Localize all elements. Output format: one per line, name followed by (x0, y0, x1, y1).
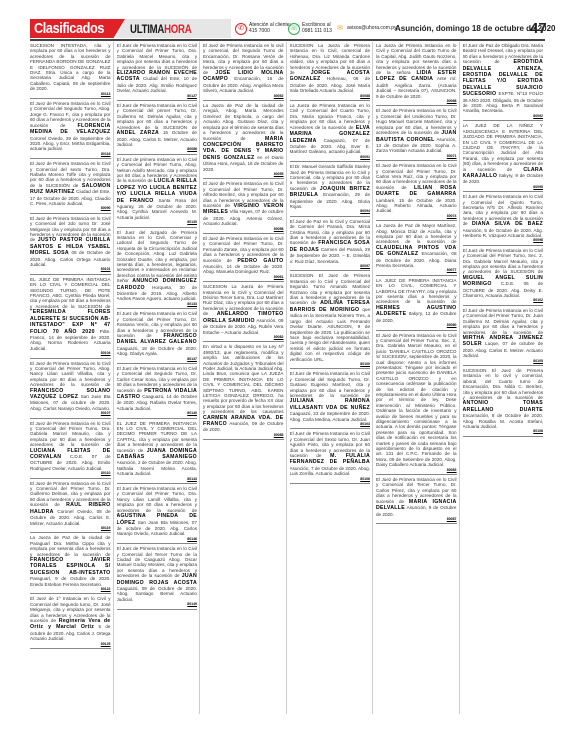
notice-code: 80097 (290, 264, 371, 269)
page-number: 47 (530, 20, 547, 37)
notice-code: 80101 (30, 267, 111, 272)
notice-code: 80055 (203, 172, 284, 177)
notice-text: La Jueza de Paz de la ciudad de Paraguar… (30, 535, 111, 556)
notice-code: 80080 (376, 323, 457, 328)
legal-notice: SUCESION El Juez de Primera Instancia en… (290, 272, 371, 369)
notice-signature: Caaguazú, 23 de Septiembre de 2020. Abog… (290, 411, 371, 421)
notice-code: 80149 (117, 602, 198, 607)
legal-notice: El Juez de Primera Instancia en lo Civil… (30, 100, 111, 159)
column-4: SUCESION La Jueza de Primera Instancia e… (290, 42, 374, 714)
legal-notice: El Juez de Primera Instancia en lo Civil… (463, 307, 544, 366)
legal-notice: El Juez de Primera Instancia en lo Civil… (376, 107, 457, 161)
legal-notice: El Juez de 1º Instancia en lo Civil y Co… (30, 595, 111, 649)
logo-part-hora: HORA (164, 22, 191, 36)
notice-code: 80086 (117, 147, 198, 152)
legal-notice: El Juez de Primera Instancia en lo Civil… (463, 247, 544, 306)
legal-notice: El Juez de Primera Instancia en lo civil… (203, 42, 284, 101)
page-header: Clasificados ULTIMAHORA ✆ Atención al cl… (30, 19, 580, 38)
legal-notice: LA JUEZ DE PRIMERA INSTANCIA EN LO CIVIL… (376, 277, 457, 331)
notice-signature: Asunción, 14 de Octubre de 2020. Abog. M… (203, 264, 284, 274)
deceased-name: ANTONIO TOMAS ARELLANO DUARTE (463, 400, 544, 412)
legal-notice: El Juez de Primera Instancia en lo Civil… (117, 545, 198, 609)
notice-signature: Encarnación, 8 de Octubre de 2020. Abog.… (463, 413, 544, 429)
notice-code: 80125 (30, 642, 111, 647)
notice-code: 80100 (290, 362, 371, 367)
notice-code: 80087 (376, 517, 457, 522)
notice-text: El Juez de Primera Instancia en lo Civil… (463, 308, 544, 335)
deceased-name: ANDEL ZARZA (117, 130, 160, 136)
mail-icon: ✉ (335, 24, 345, 34)
notice-code: 80061 (203, 275, 284, 280)
legal-notice: El Juez de Primera Instancia en lo Civil… (30, 215, 111, 275)
notice-signature: Coronel Oviedo, 29 de Septiembre de 2020… (30, 136, 111, 152)
notice-code: 80085 (203, 433, 284, 438)
legal-notice: SUCESION La Jueza de Primera Instancia e… (290, 42, 371, 101)
header-rule (30, 39, 545, 41)
notice-code: 80094 (290, 209, 371, 214)
phone-icon: ✆ (235, 23, 247, 35)
notice-code: 80137 (117, 357, 198, 362)
contact-value: 415 7000 (249, 28, 270, 34)
legal-notice: El Juez de Primera Instancia en lo Civil… (290, 430, 371, 484)
legal-notice: El Juez de Primera Instancia en lo Civil… (290, 370, 371, 429)
deceased-name: "ERESMILDA FLORES ALDERETE S/ SUCESIÓN A… (30, 309, 111, 334)
deceased-name: PEDRO GAUTO (237, 258, 283, 264)
legal-notice: SUCESION INTESTADA, cita y emplaza por 6… (30, 42, 111, 99)
notice-code: 80091 (290, 155, 371, 160)
section-banner: Clasificados (30, 19, 125, 38)
notice-code: 80088 (290, 94, 371, 99)
notice-code: 80107 (30, 411, 111, 416)
notice-code: 80052 (203, 94, 284, 99)
notice-signature: Caaguazú, 18 de Octubre de 2020. Abog. G… (117, 346, 198, 356)
notice-signature: Asunción, 5 de Octubre de 2020. Abg. Her… (463, 228, 544, 238)
legal-notice: El Juez de Primera Instancia en lo Civil… (376, 162, 457, 221)
legal-notice: El Juez de Primera Instancia en lo Civil… (203, 235, 284, 282)
notice-code: 80103 (290, 422, 371, 427)
notice-code: 80110 (30, 471, 111, 476)
newspaper-logo: ULTIMAHORA (130, 22, 191, 36)
legal-notice: El Juez de Paz de Obligado Dra. María Be… (463, 42, 544, 121)
notice-text: LA JUEZ DE LA NIÑEZ Y ADOLESCENCIA E INT… (463, 123, 544, 171)
column-2: El Juez de Primera Instancia en lo Civil… (117, 42, 201, 714)
notice-text: LA JUEZ DE PRIMERA INSTANCIA EN LO CIVIL… (376, 278, 457, 305)
section-title: Clasificados (34, 20, 104, 37)
contact-email: ✉ avisos@uhora.com.py (335, 21, 397, 36)
legal-notice: El Juez de Paz en lo Civil y Comercial d… (290, 218, 371, 272)
legal-notice: La Jueza de Paz de la ciudad de Paraguar… (30, 534, 111, 594)
legal-notice: La Jueza de Primera Instancia en lo Civi… (376, 42, 457, 106)
notice-text: SUCESION El Juez de Primera Instancia en… (463, 368, 544, 400)
logo-part-ultima: ULTIMA (130, 22, 164, 36)
legal-notice: El Dr. Manuel Gerardo Saffirdin Stanley … (290, 163, 371, 217)
notice-code: 80071 (376, 154, 457, 159)
contact-value: avisos@uhora.com.py (347, 26, 397, 32)
legal-notice: La Jueza de Paz de la ciudad de Areguá, … (203, 102, 284, 179)
notice-signature: Paraguarí, 9 de Octubre de 2020. Eriedo … (30, 576, 111, 586)
legal-notice: El Juez de Primera Instancia en lo Civil… (376, 476, 457, 524)
notice-code: 80140 (117, 411, 198, 416)
notice-text: El Juez del Juzgado de Primera Instancia… (117, 230, 198, 284)
notice-text: El Juez de Primera Instancia en lo Civil… (290, 371, 371, 398)
legal-notice: El Juez de Primera Instancia en lo Civil… (376, 332, 457, 476)
whatsapp-icon: ☏ (288, 23, 300, 35)
legal-notice: El Juez de Primera Instancia en lo Civil… (117, 42, 198, 101)
notice-code: 80104 (30, 351, 111, 356)
notice-code: 80108 (463, 429, 544, 434)
classifieds-columns: SUCESION INTESTADA, cita y emplaza por 6… (30, 42, 545, 714)
deceased-name: JULIANA RAMONA VILLASANTI VDA DE NUÑEZ (290, 398, 371, 410)
notice-text: El Juez de Primera Instancia en lo Civil… (117, 43, 198, 70)
contact-whatsapp: ☏ Escríbinos al0981 111 013 (288, 21, 332, 36)
notice-code: 80095 (463, 185, 544, 190)
column-6: El Juez de Paz de Obligado Dra. María Be… (463, 42, 546, 714)
notice-code: 80105 (463, 359, 544, 364)
notice-code: 80130 (117, 220, 198, 225)
legal-notice: El Juez de Primera Instancia en lo Civil… (463, 193, 544, 246)
legal-notice: El Juez de Primera Instancia en lo Civil… (30, 160, 111, 214)
notice-code: 80119 (30, 526, 111, 531)
legal-notice: La Jueza de Paz de Mayor Martínez, Abog.… (376, 222, 457, 276)
legal-notice: El Juez de primera instancia en lo Civil… (117, 156, 198, 228)
contact-phone: ✆ Atención al cliente:415 7000 (235, 21, 291, 36)
legal-notice: La Jueza de Primera Instancia en lo Civi… (290, 102, 371, 162)
legal-notice: En virtud a lo dispuesto en la Ley Nº 49… (203, 343, 284, 440)
column-5: La Jueza de Primera Instancia en lo Civi… (376, 42, 460, 714)
notice-signature: Caaguazú, 09 de Octubre de 2020. Abog. S… (117, 586, 198, 602)
notice-text: El Juez de Primera Instancia en lo Civil… (117, 103, 198, 130)
notice-code: 80133 (117, 302, 198, 307)
deceased-name: DIANA SILVA DE BAEZ (472, 221, 543, 227)
notice-code: 80122 (30, 587, 111, 592)
legal-notice: El Juez del Juzgado de Primera Instancia… (117, 229, 198, 310)
legal-notice: El Juez de Primera Instancia en lo Civil… (117, 310, 198, 364)
notice-text: El Juez de Primera Instancia en lo Civil… (463, 248, 544, 275)
legal-notice: El Juez de Primera Instancia en lo Civil… (117, 365, 198, 419)
notice-signature: Lambaré, 15 de Octubre de 2020. Abog. Ro… (376, 198, 457, 214)
legal-notice: El Juez de Primera Instancia en lo Civil… (30, 420, 111, 479)
notice-code: 80102 (463, 298, 544, 303)
notice-text: El Juez de Primera Instancia en lo Civil… (376, 333, 457, 468)
notice-code: 80143 (117, 477, 198, 482)
notice-code: 80068 (376, 99, 457, 104)
notice-text: EL JUEZ DE PRIMERA INSTANCIA EN LO CIVIL… (30, 277, 111, 309)
notice-code: 80113 (30, 92, 111, 97)
legal-notice: SUCESION La Jueza de Primera Instancia e… (203, 283, 284, 342)
notice-text: El Juez de Primera Instancia en lo Civil… (30, 361, 111, 388)
notice-code: 80090 (30, 206, 111, 211)
notice-code: 80146 (117, 537, 198, 542)
notice-code: 80127 (117, 94, 198, 99)
notice-code: 80077 (376, 268, 457, 273)
contact-value: 0981 111 013 (302, 28, 332, 34)
notice-signature: Asunción, 7 de Octubre de 2020. Abog. Lu… (290, 466, 371, 476)
notice-text: El Juez de Primera Instancia en lo Civil… (117, 486, 198, 513)
notice-code: 80058 (203, 227, 284, 232)
notice-code: 80098 (463, 238, 544, 243)
legal-notice: El Juez de Primera Instancia en lo Civil… (30, 480, 111, 534)
notice-signature: Asunción, 2 de Octubre de 2020. Abog. Na… (117, 460, 198, 476)
notice-text: La Jueza de Paz de Mayor Martínez, Abog.… (376, 223, 457, 244)
notice-text: En virtud a lo dispuesto en la Ley Nº 49… (203, 344, 284, 414)
notice-code: 80116 (30, 152, 111, 157)
deceased-name: FRANCISCO JAVIER TORALES ESPINOLA S/ SUC… (30, 557, 111, 576)
notice-signature: que radica en la Secretaría Número Tres,… (290, 307, 371, 362)
notice-code: 80083 (376, 468, 457, 473)
legal-notice: El Juez de Primera Instancia en lo Civil… (117, 485, 198, 544)
column-1: SUCESION INTESTADA, cita y emplaza por 6… (30, 42, 114, 714)
legal-notice: El Juez de Primera Instancia en lo Civil… (30, 360, 111, 419)
legal-notice: El Juez de Primera Instancia en lo Civil… (203, 180, 284, 234)
notice-text: El Juez de Primera Instancia en lo Civil… (30, 421, 111, 448)
legal-notice: LA JUEZ DE LA NIÑEZ Y ADOLESCENCIA E INT… (463, 122, 544, 192)
legal-notice: SUCESION El Juez de Primera Instancia en… (463, 367, 544, 437)
notice-code: 80082 (203, 335, 284, 340)
notice-code: 80106 (290, 477, 371, 482)
legal-notice: EL JUEZ DE PRIMERA INSTANCIA EN LO CIVIL… (117, 420, 198, 484)
notice-code: 80074 (376, 214, 457, 219)
notice-text: SUCESION INTESTADA, cita y emplaza por 6… (30, 43, 111, 91)
legal-notice: El Juez de Primera Instancia en lo Civil… (117, 102, 198, 155)
notice-code: 80092 (463, 114, 544, 119)
legal-notice: EL JUEZ DE PRIMERA INSTANCIA EN LO CIVIL… (30, 276, 111, 359)
column-3: El Juez de Primera Instancia en lo civil… (203, 42, 287, 714)
